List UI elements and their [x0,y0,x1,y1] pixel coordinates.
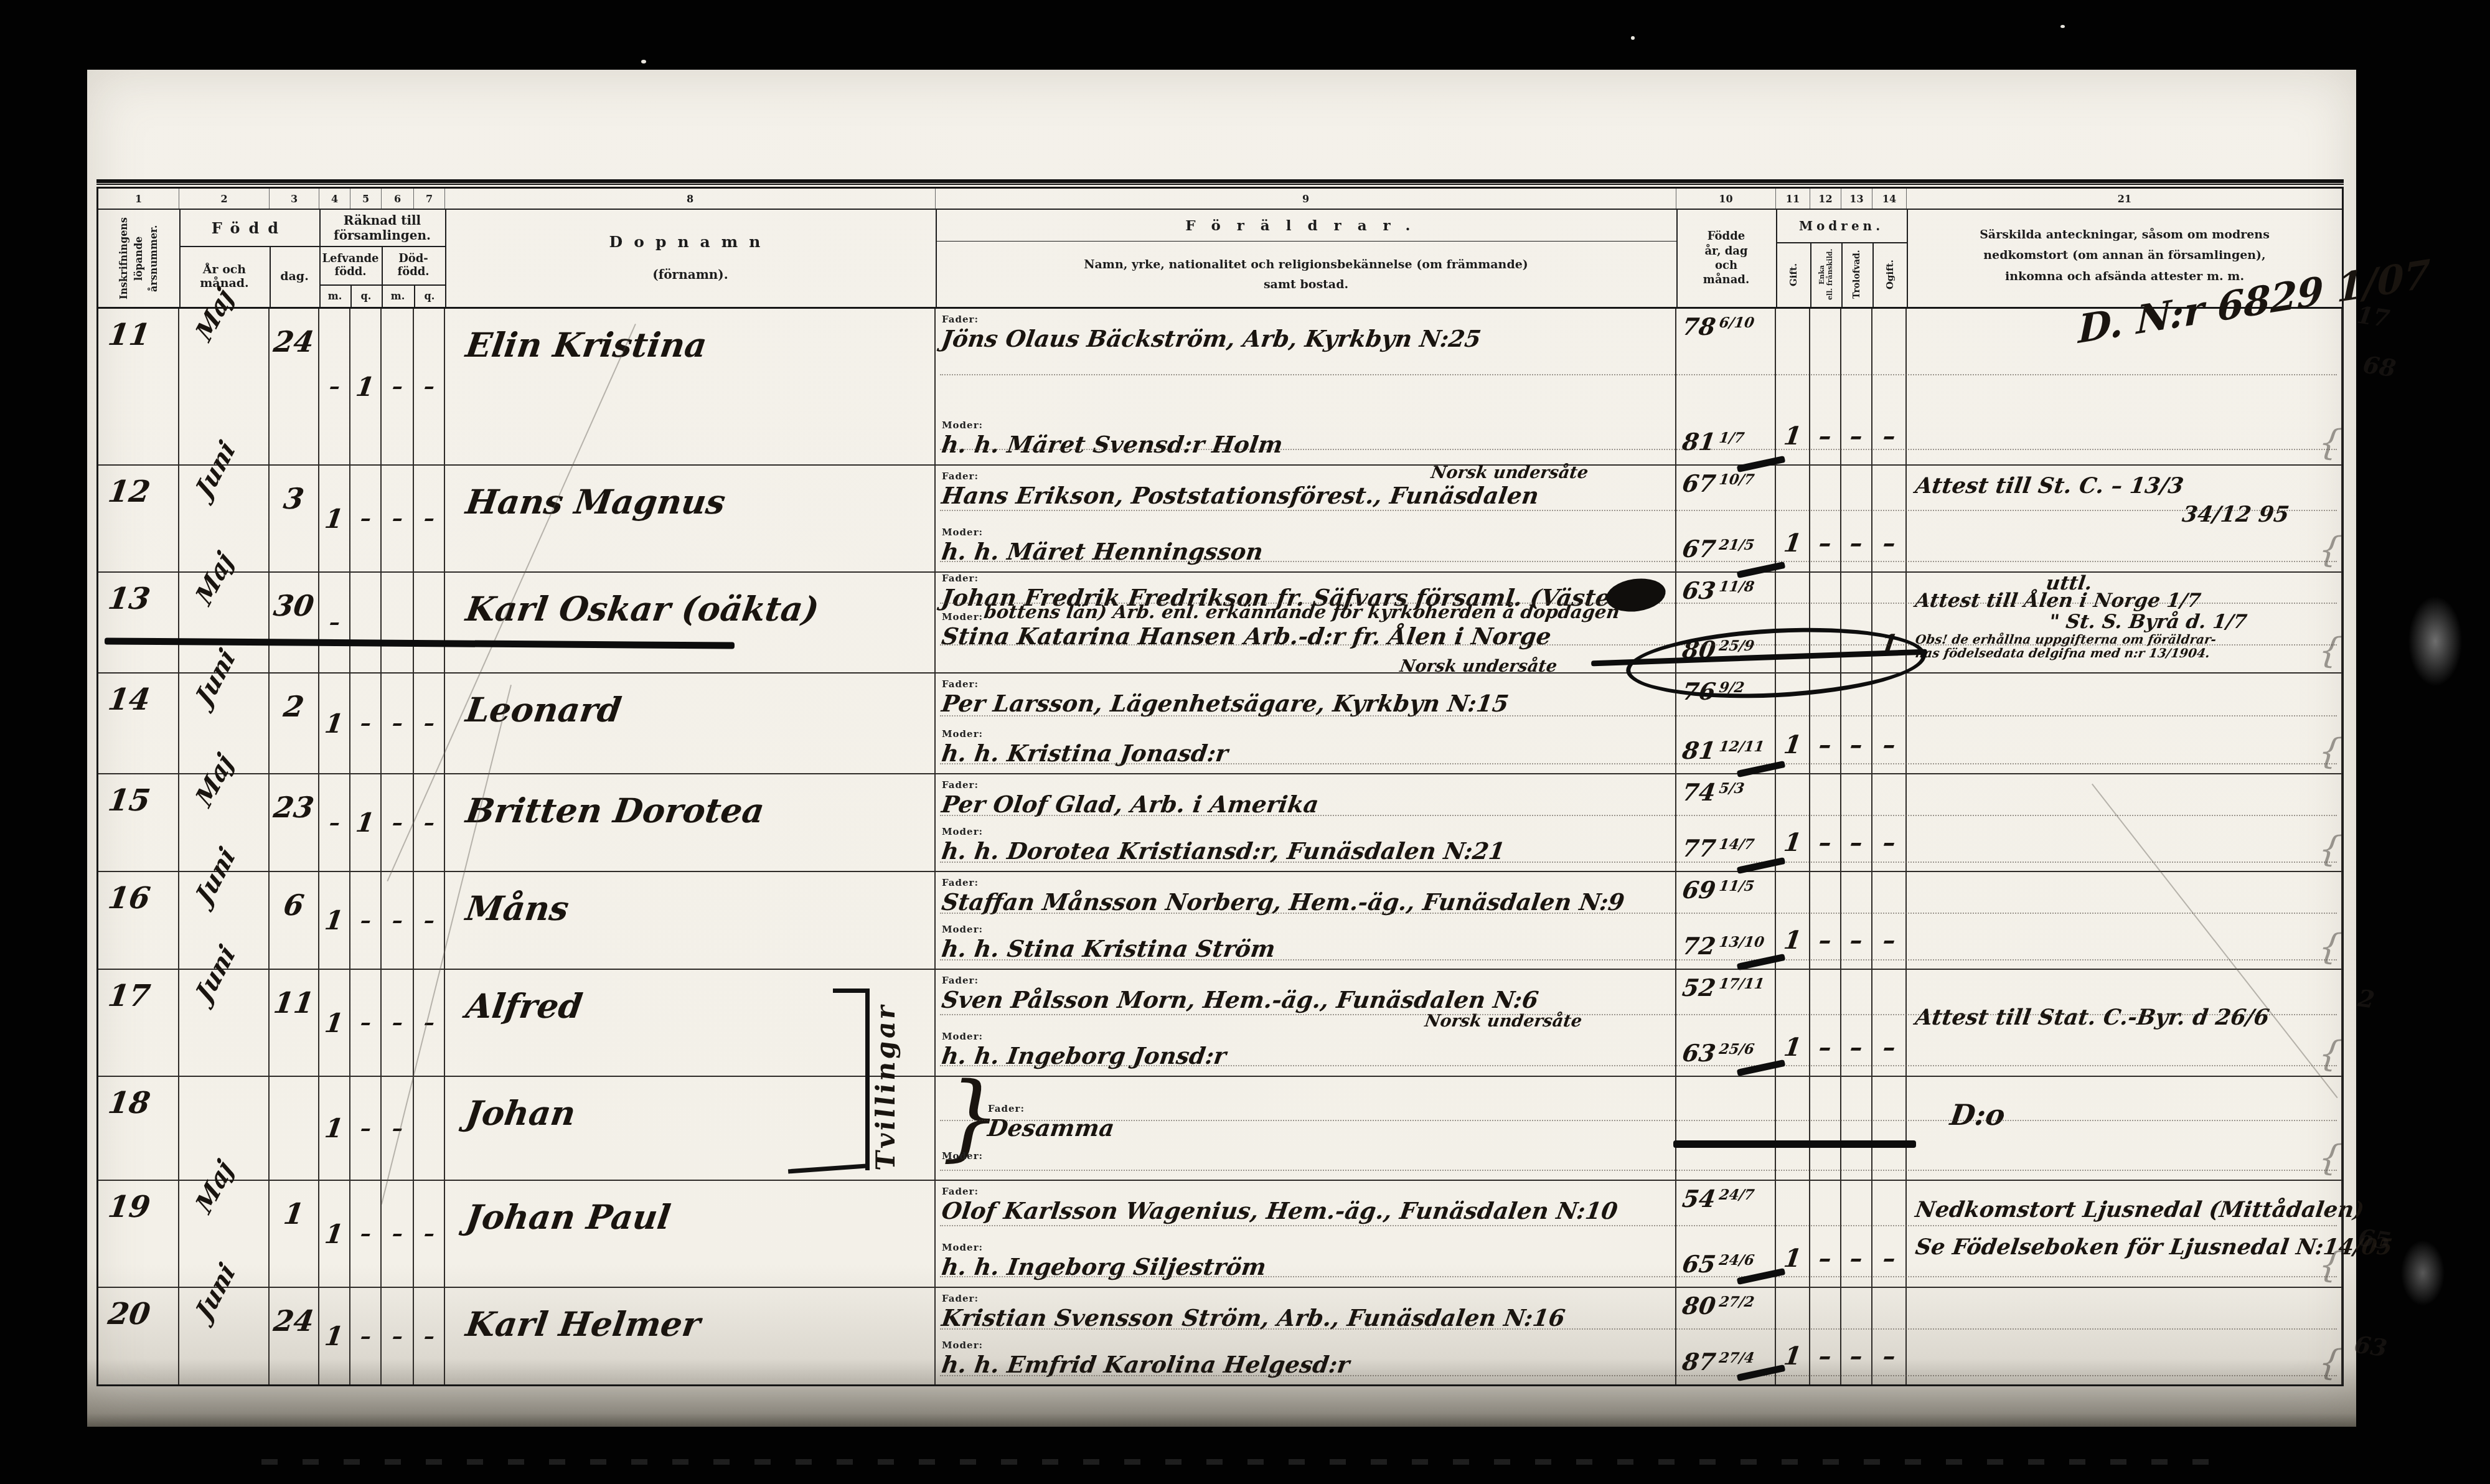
header-divider [1872,242,1874,307]
row-number: 13 [106,581,153,616]
header-foraldrar-sub: Namn, yrke, nationalitet och religionsbe… [936,246,1676,303]
notes-cell: { [1907,774,2342,871]
mother-text: Stina Katarina Hansen Arb.-d:r fr. Ålen … [940,622,1553,650]
tick-mark: – [327,374,342,399]
mother-label: Moder: [942,826,1664,837]
col-number: 13 [1841,189,1872,209]
birth-day: 23 [271,791,316,824]
tick-mark: – [359,908,373,933]
mother-text: h. h. Märet Svensd:r Holm [940,431,1285,458]
status-tick: – [1881,421,1897,451]
birth-day: 3 [281,482,306,515]
header-divider [414,284,415,307]
tick-mark: – [359,711,373,736]
birth-count-cell: – [350,872,382,969]
table-body: 11Maj24–1––Elin KristinaFader:Jöns Olaus… [98,309,2342,1384]
status-tick: – [1848,926,1865,955]
row-number: 20 [106,1297,153,1331]
table-row: 12Juni31–––Hans MagnusFader:Hans Erikson… [98,464,2342,571]
col-number: 2 [179,189,270,209]
tick-mark: – [359,1116,373,1141]
birth-count-cell: – [382,674,414,773]
film-speck [2060,25,2065,28]
col-number: 7 [414,189,445,209]
mother-status-cell: 1 [1776,674,1810,773]
mother-status-cell: – [1810,309,1841,464]
parent-birthdate-cell: 6311/88025/9 [1676,573,1776,672]
table-row: 17Juni111–––AlfredFader:Sven Pålsson Mor… [98,969,2342,1076]
birth-day: 24 [271,1304,316,1338]
mother-status-cell [1841,1077,1872,1180]
header-counted: Räknad till församlingen. [319,210,445,246]
table-row: 11Maj24–1––Elin KristinaFader:Jöns Olaus… [98,309,2342,464]
status-tick: 1 [1782,828,1803,857]
parents-cell: }Fader:DesammaModer: [936,1077,1676,1180]
mother-status-cell: 1 [1776,1181,1810,1287]
header-dopnamn-sub: (förnamn). [445,263,936,286]
row-number-cell: 11 [98,309,179,464]
birth-count-cell: – [382,970,414,1076]
parents-cell: Fader:Olof Karlsson Wagenius, Hem.-äg., … [936,1181,1676,1287]
mother-status-cell: – [1810,466,1841,571]
header-serial: Inskrifningens löpande årsnummer. [98,210,179,307]
birth-count-cell: 1 [350,309,382,464]
child-name: Måns [464,888,571,928]
status-tick: – [1817,421,1834,451]
tick-mark: – [390,711,405,736]
father-label: Fader: [942,314,1664,325]
father-line: Fader:Per Olof Glad, Arb. i Amerika [942,779,1673,818]
film-bottom-marks [261,1459,2229,1465]
header-m2: m. [382,284,414,307]
mother-birthdate: 6524/6 [1681,1250,1775,1278]
header-divider [936,241,1676,242]
father-text: Olof Karlsson Wagenius, Hem.-äg., Funäsd… [940,1197,1619,1224]
writing-baseline [940,1170,2337,1171]
header-divider [179,246,445,247]
film-speck [641,60,646,63]
mother-status-cell: – [1841,674,1872,773]
father-birthdate: 5217/11 [1681,974,1775,1002]
film-scan-background: { "colors": {"paper": "#f3f0e8", "ink": … [0,0,2490,1484]
tick-mark: – [422,711,436,736]
birth-count-cell: – [350,1077,382,1180]
status-tick: – [1848,828,1865,857]
row-number: 14 [106,682,153,717]
edge-curl: { [2316,1034,2344,1074]
parents-cell: Fader:Staffan Månsson Norberg, Hem.-äg.,… [936,872,1676,969]
father-text: Kristian Svensson Ström, Arb., Funäsdale… [940,1304,1567,1331]
mother-line: Moder:h. h. Kristina Jonasd:r [942,728,1673,767]
father-label: Fader: [988,1103,1664,1114]
note-line: D:o [1948,1097,2335,1134]
father-text: Hans Erikson, Poststationsförest., Funäs… [940,482,1541,509]
father-birthdate: 6311/8 [1681,576,1775,604]
col-number: 9 [936,189,1676,209]
father-text: Jöns Olaus Bäckström, Arb, Kyrkbyn N:25 [940,325,1483,352]
tick-mark: – [390,1221,405,1246]
edge-curl: { [2316,731,2344,772]
child-name: Elin Kristina [464,325,710,365]
name-cell: Karl Oskar (oäkta) [445,573,936,672]
status-tick: – [1881,1244,1897,1273]
status-tick: – [1817,528,1834,558]
parent-birthdate-cell: 5217/116325/6 [1676,970,1776,1076]
table-row: 20Juni241–––Karl HelmerFader:Kristian Sv… [98,1287,2342,1384]
birth-count-cell: – [382,774,414,871]
mother-birthdate: 6325/6 [1681,1039,1775,1067]
mother-status-cell: 1 [1776,774,1810,871]
birth-day: 2 [281,690,306,723]
row-number-cell: 15 [98,774,179,871]
mother-text: h. h. Stina Kristina Ström [940,935,1277,962]
birth-count-cell: – [414,466,445,571]
mother-status-cell: – [1841,309,1872,464]
parent-birthdate-cell: 8027/28727/4 [1676,1288,1776,1384]
tick-mark: – [390,1010,405,1035]
tick-mark: 1 [323,504,345,534]
parent-birthdate-cell: 6911/57213/10 [1676,872,1776,969]
mother-birthdate: 8727/4 [1681,1348,1775,1376]
tick-mark: 1 [323,1113,345,1144]
child-name: Karl Oskar (oäkta) [464,589,822,629]
status-tick: 1 [1782,1033,1803,1062]
birth-count-cell: – [414,674,445,773]
birth-day: 30 [271,589,316,622]
writing-baseline [940,763,2337,764]
birth-count-cell: – [414,872,445,969]
column-number-strip: 1 2 3 4 5 6 7 8 9 10 11 12 13 14 21 [98,189,2342,210]
mother-label: Moder: [942,1340,1664,1351]
note-line: Nedkomstort Ljusnedal (Mittådalen) [1914,1196,2334,1224]
birth-day-cell: 1 [270,1181,319,1287]
birth-count-cell: 1 [319,872,350,969]
birth-count-cell: – [382,466,414,571]
birth-count-cell: – [382,872,414,969]
mother-line: Moder:h. h. Märet Henningsson [942,527,1673,565]
mother-status-cell: 1 [1776,1288,1810,1384]
mother-line: Moder:h. h. Emfrid Karolina Helgesd:r [942,1340,1673,1378]
note-line: " St. S. Byrå d. 1/7 [2048,611,2334,632]
status-tick: – [1848,1341,1865,1371]
name-cell: Karl Helmer [445,1288,936,1384]
edge-curl: { [2316,1138,2344,1178]
child-name: Alfred [464,986,585,1026]
birth-day-cell: 24 [270,1288,319,1384]
birth-count-cell: – [319,309,350,464]
birth-day-cell: 2 [270,674,319,773]
note-line: nas födelsedata delgifna med n:r 13/1904… [1914,646,2333,660]
birth-day-cell [270,1077,319,1180]
tick-mark: – [422,506,436,531]
row-number-cell: 19 [98,1181,179,1287]
row-number: 12 [106,474,153,509]
mother-status-cell: 1 [1776,309,1810,464]
header-divider [936,210,937,307]
tick-mark: – [390,810,405,835]
status-tick: 1 [1782,421,1803,451]
status-tick: 1 [1782,730,1803,759]
edge-curl: { [2316,423,2344,463]
tick-mark: – [390,374,405,399]
father-line: Fader:Jöns Olaus Bäckström, Arb, Kyrkbyn… [942,314,1673,352]
status-tick: – [1848,421,1865,451]
header-divider [1810,242,1811,307]
writing-baseline [940,449,2337,450]
birth-day-cell: 11 [270,970,319,1076]
tick-mark: – [390,908,405,933]
mother-status-cell: – [1872,466,1907,571]
father-birthdate: 786/10 [1681,312,1775,340]
child-name: Hans Magnus [464,482,728,522]
mother-line: Moder:h. h. Märet Svensd:r Holm [942,420,1673,458]
table-row: 19Maj11–––Johan PaulFader:Olof Karlsson … [98,1180,2342,1287]
writing-baseline [940,1328,2337,1330]
parent-birthdate-cell: 5424/76524/6 [1676,1181,1776,1287]
row-number: 16 [106,881,153,916]
parent-birthdate-cell: 6710/76721/5 [1676,466,1776,571]
birth-count-cell: – [414,1288,445,1384]
table-row: 13Maj30–Karl Oskar (oäkta)Fader:Johan Fr… [98,571,2342,672]
birth-day: 6 [281,888,306,922]
mother-birthdate: 8025/9 [1681,636,1775,664]
row-number: 11 [106,317,153,352]
row-number: 17 [106,979,153,1013]
header-born-day: dag. [270,246,319,307]
birth-day: 11 [271,986,316,1020]
col-number: 11 [1776,189,1810,209]
header-q1: q. [350,284,382,307]
status-tick: 1 [1782,1341,1803,1371]
tick-mark: – [390,506,405,531]
father-label: Fader: [942,975,1664,986]
birth-month-cell: Juni [179,970,270,1076]
birth-count-cell [382,573,414,672]
film-edge-blob [2398,579,2473,703]
tick-mark: – [422,908,436,933]
tick-mark: – [422,1010,436,1035]
header-divider [1676,210,1678,307]
parent-birthdate-cell: 745/37714/7 [1676,774,1776,871]
edge-curl: { [2316,1245,2344,1285]
table-row: 16Juni61–––MånsFader:Staffan Månsson Nor… [98,871,2342,969]
edge-curl: { [2316,1343,2344,1383]
mother-status-cell: – [1872,970,1907,1076]
mother-label: Moder: [942,420,1664,431]
header-ogift: Ogift. [1872,242,1907,307]
note-line: Attest till Stat. C.-Byr. d 26/6 [1914,1003,2334,1032]
row-number: 19 [106,1190,153,1224]
col-number: 5 [350,189,382,209]
birth-count-cell: 1 [319,1077,350,1180]
status-tick: – [1817,1244,1834,1273]
header-divider [270,246,271,307]
margin-mark: 17 [2355,301,2392,333]
mother-status-cell [1810,573,1841,672]
row-number-cell: 12 [98,466,179,571]
film-edge-blob [2392,1226,2454,1320]
notes-cell: { [1907,1288,2342,1384]
tick-mark: 1 [354,372,377,402]
birth-count-cell: – [414,1181,445,1287]
row-number-cell: 20 [98,1288,179,1384]
header-trolofvad: Trolofvad. [1841,242,1872,307]
col-number: 12 [1810,189,1841,209]
mother-birthdate: 811/7 [1681,428,1775,456]
father-label: Fader: [942,877,1664,888]
notes-cell: Attest till Stat. C.-Byr. d 26/6{ [1907,970,2342,1076]
mother-status-cell: – [1872,309,1907,464]
mother-status-cell: – [1841,466,1872,571]
status-tick: – [1881,730,1897,759]
father-line: Fader:Staffan Månsson Norberg, Hem.-äg.,… [942,877,1673,916]
child-name: Leonard [464,690,624,730]
edge-curl: { [2316,829,2344,870]
father-label: Fader: [942,679,1664,690]
writing-baseline [940,561,2337,562]
mother-line: Moder:h. h. Ingeborg Jonsd:r [942,1031,1673,1069]
status-tick: – [1817,926,1834,955]
notes-cell: { [1907,309,2342,464]
writing-baseline [940,1120,2337,1121]
edge-curl: { [2316,631,2344,671]
header-dopnamn: Dopnamn [445,227,936,256]
father-birthdate: 769/2 [1681,677,1775,705]
birth-count-cell [414,573,445,672]
parent-birthdate-cell: 786/10811/7 [1676,309,1776,464]
father-birthdate: 6710/7 [1681,469,1775,497]
name-cell: Leonard [445,674,936,773]
header-gift: Gift. [1776,242,1810,307]
father-line: Fader:Olof Karlsson Wagenius, Hem.-äg., … [942,1186,1673,1224]
note-line: Se Födelseboken för Ljusnedal N:14/05 [1914,1233,2334,1262]
name-cell: Måns [445,872,936,969]
table-row: 15Maj23–1––Britten DoroteaFader:Per Olof… [98,773,2342,871]
name-cell: Elin Kristina [445,309,936,464]
status-tick: – [1817,1341,1834,1371]
table-row: 14Juni21–––LeonardFader:Per Larsson, Läg… [98,672,2342,773]
note-line: Attest till St. C. – 13/3 [1914,472,2334,500]
father-label: Fader: [942,779,1664,791]
tick-mark: – [422,374,436,399]
father-text: Per Olof Glad, Arb. i Amerika [940,791,1320,818]
status-tick: 1 [1782,1244,1803,1273]
writing-baseline [940,1375,2337,1376]
col-number: 21 [1907,189,2342,209]
edge-curl: { [2316,927,2344,967]
parents-cell: Fader:Jöns Olaus Bäckström, Arb, Kyrkbyn… [936,309,1676,464]
parent-birthdate-cell [1676,1077,1776,1180]
mother-status-cell: – [1872,1181,1907,1287]
tick-mark: – [422,1324,436,1349]
status-tick: – [1817,1033,1834,1062]
status-tick: – [1848,528,1865,558]
status-tick: – [1848,1033,1865,1062]
birth-count-cell: – [319,573,350,672]
child-name: Karl Helmer [464,1304,703,1344]
writing-baseline [940,1065,2337,1066]
father-label: Fader: [942,573,1664,584]
notes-cell: Attest till St. C. – 13/334/12 95{ [1907,466,2342,571]
mother-status-cell: – [1841,1181,1872,1287]
tick-mark: – [422,1221,436,1246]
birth-count-cell: – [382,309,414,464]
father-text: Sven Pålsson Morn, Hem.-äg., Funäsdalen … [940,986,1540,1013]
father-label: Fader: [942,1186,1664,1197]
header-divider [1776,210,1777,307]
status-tick: – [1881,1033,1897,1062]
status-tick: – [1881,1341,1897,1371]
name-cell: Alfred [445,970,936,1076]
row-number: 15 [106,783,153,818]
header-divider [319,284,445,286]
status-tick: – [1881,528,1897,558]
mother-status-cell [1810,1077,1841,1180]
parents-cell: Fader:Sven Pålsson Morn, Hem.-äg., Funäs… [936,970,1676,1076]
mother-status-cell: – [1841,970,1872,1076]
birth-day-cell: 6 [270,872,319,969]
father-text: Staffan Månsson Norberg, Hem.-äg., Funäs… [940,888,1627,916]
mother-status-cell: 1 [1776,466,1810,571]
note-line: 34/12 95 [1914,500,2334,529]
mother-status-cell: – [1872,674,1907,773]
table-top-rule [96,179,2344,185]
writing-baseline [940,1014,2337,1015]
writing-baseline [940,715,2337,716]
header-modren: Modren. [1776,210,1907,242]
col-number: 3 [270,189,319,209]
mother-status-cell: – [1810,774,1841,871]
mother-status-cell [1776,573,1810,672]
header-divider [445,210,446,307]
birth-day-cell: 24 [270,309,319,464]
row-number-cell: 16 [98,872,179,969]
parent-birthdate-cell: 769/28112/11 [1676,674,1776,773]
header-divider [179,210,181,307]
header-divider [1776,242,1907,243]
writing-baseline [940,913,2337,914]
tick-mark: – [390,1116,405,1141]
father-birthdate: 5424/7 [1681,1185,1775,1213]
mother-status-cell: – [1872,872,1907,969]
mother-birthdate: 7213/10 [1681,932,1775,960]
mother-status-cell: – [1810,1288,1841,1384]
mother-status-cell: – [1810,970,1841,1076]
birth-count-cell: – [414,970,445,1076]
header-born: Född [179,210,319,246]
col-number: 14 [1872,189,1907,209]
status-tick: – [1881,926,1897,955]
tick-mark: – [359,1010,373,1035]
parents-cell: Fader:Kristian Svensson Ström, Arb., Fun… [936,1288,1676,1384]
birth-count-cell: 1 [319,1288,350,1384]
birth-count-cell: 1 [319,466,350,571]
record-table: 1 2 3 4 5 6 7 8 9 10 11 12 13 14 21 Insk… [96,187,2344,1386]
row-number-cell: 14 [98,674,179,773]
writing-baseline [940,644,2337,646]
col-number: 1 [98,189,179,209]
row-number-cell: 18 [98,1077,179,1180]
father-line: Fader:Kristian Svensson Ström, Arb., Fun… [942,1293,1673,1331]
birth-count-cell: – [350,1288,382,1384]
tick-mark: 1 [323,708,345,739]
col-number: 10 [1676,189,1776,209]
name-cell: Britten Dorotea [445,774,936,871]
edge-curl: { [2316,530,2344,570]
parents-cell: Fader:Hans Erikson, Poststationsförest.,… [936,466,1676,571]
tick-mark: – [359,506,373,531]
mother-line: Moder:h. h. Stina Kristina Ström [942,924,1673,962]
